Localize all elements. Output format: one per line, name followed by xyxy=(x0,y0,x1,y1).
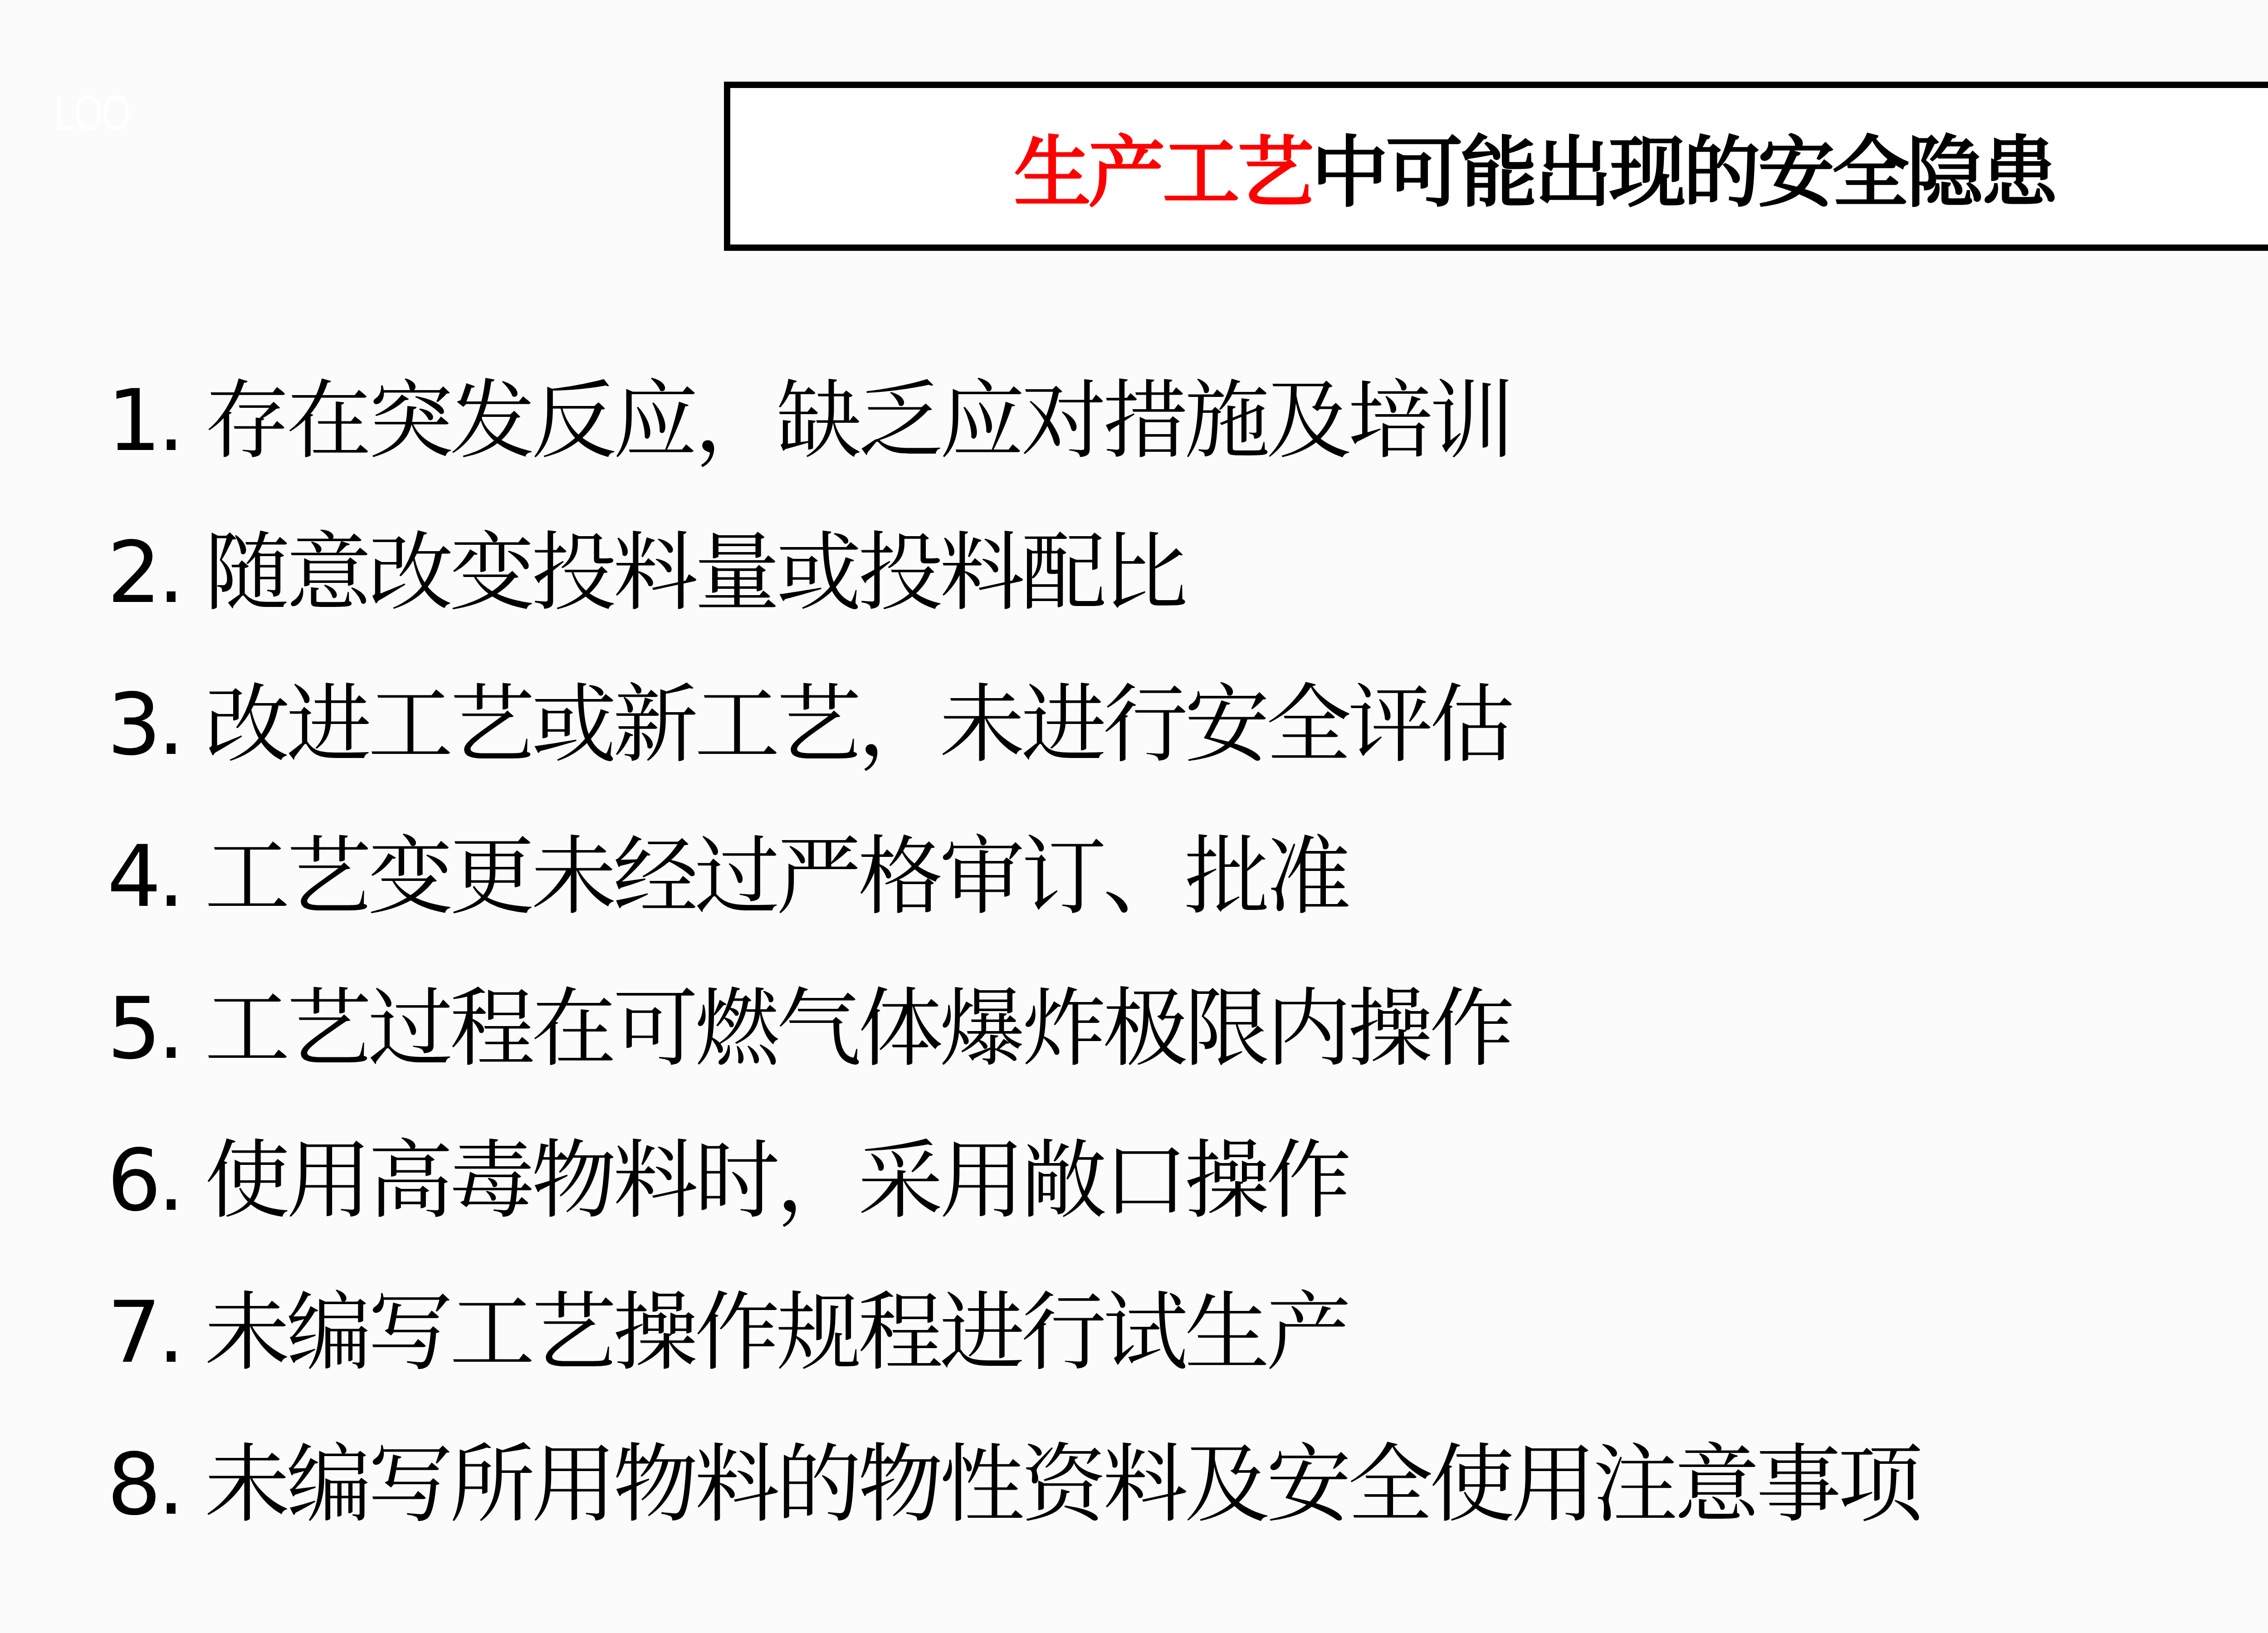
list-item: 7. 未编写工艺操作规程进行试生产 xyxy=(107,1257,1919,1408)
list-item: 5. 工艺过程在可燃气体爆炸极限内操作 xyxy=(107,953,1919,1105)
hazard-list: 1. 存在突发反应，缺乏应对措施及培训 2. 随意改变投料量或投料配比 3. 改… xyxy=(107,345,1919,1560)
list-item: 4. 工艺变更未经过严格审订、批准 xyxy=(107,801,1919,953)
logo: LOO xyxy=(54,84,129,142)
list-item: 2. 随意改变投料量或投料配比 xyxy=(107,497,1919,649)
title-accent: 生产工艺 xyxy=(1014,128,1311,218)
page-title: 生产工艺中可能出现的安全隐患 xyxy=(1014,111,2055,222)
list-item: 6. 使用高毒物料时，采用敞口操作 xyxy=(107,1105,1919,1257)
list-item: 8. 未编写所用物料的物性资料及安全使用注意事项 xyxy=(107,1408,1919,1560)
list-item: 1. 存在突发反应，缺乏应对措施及培训 xyxy=(107,345,1919,497)
title-box: 生产工艺中可能出现的安全隐患 xyxy=(724,82,2268,251)
title-rest: 中可能出现的安全隐患 xyxy=(1311,128,2055,218)
list-item: 3. 改进工艺或新工艺，未进行安全评估 xyxy=(107,649,1919,801)
